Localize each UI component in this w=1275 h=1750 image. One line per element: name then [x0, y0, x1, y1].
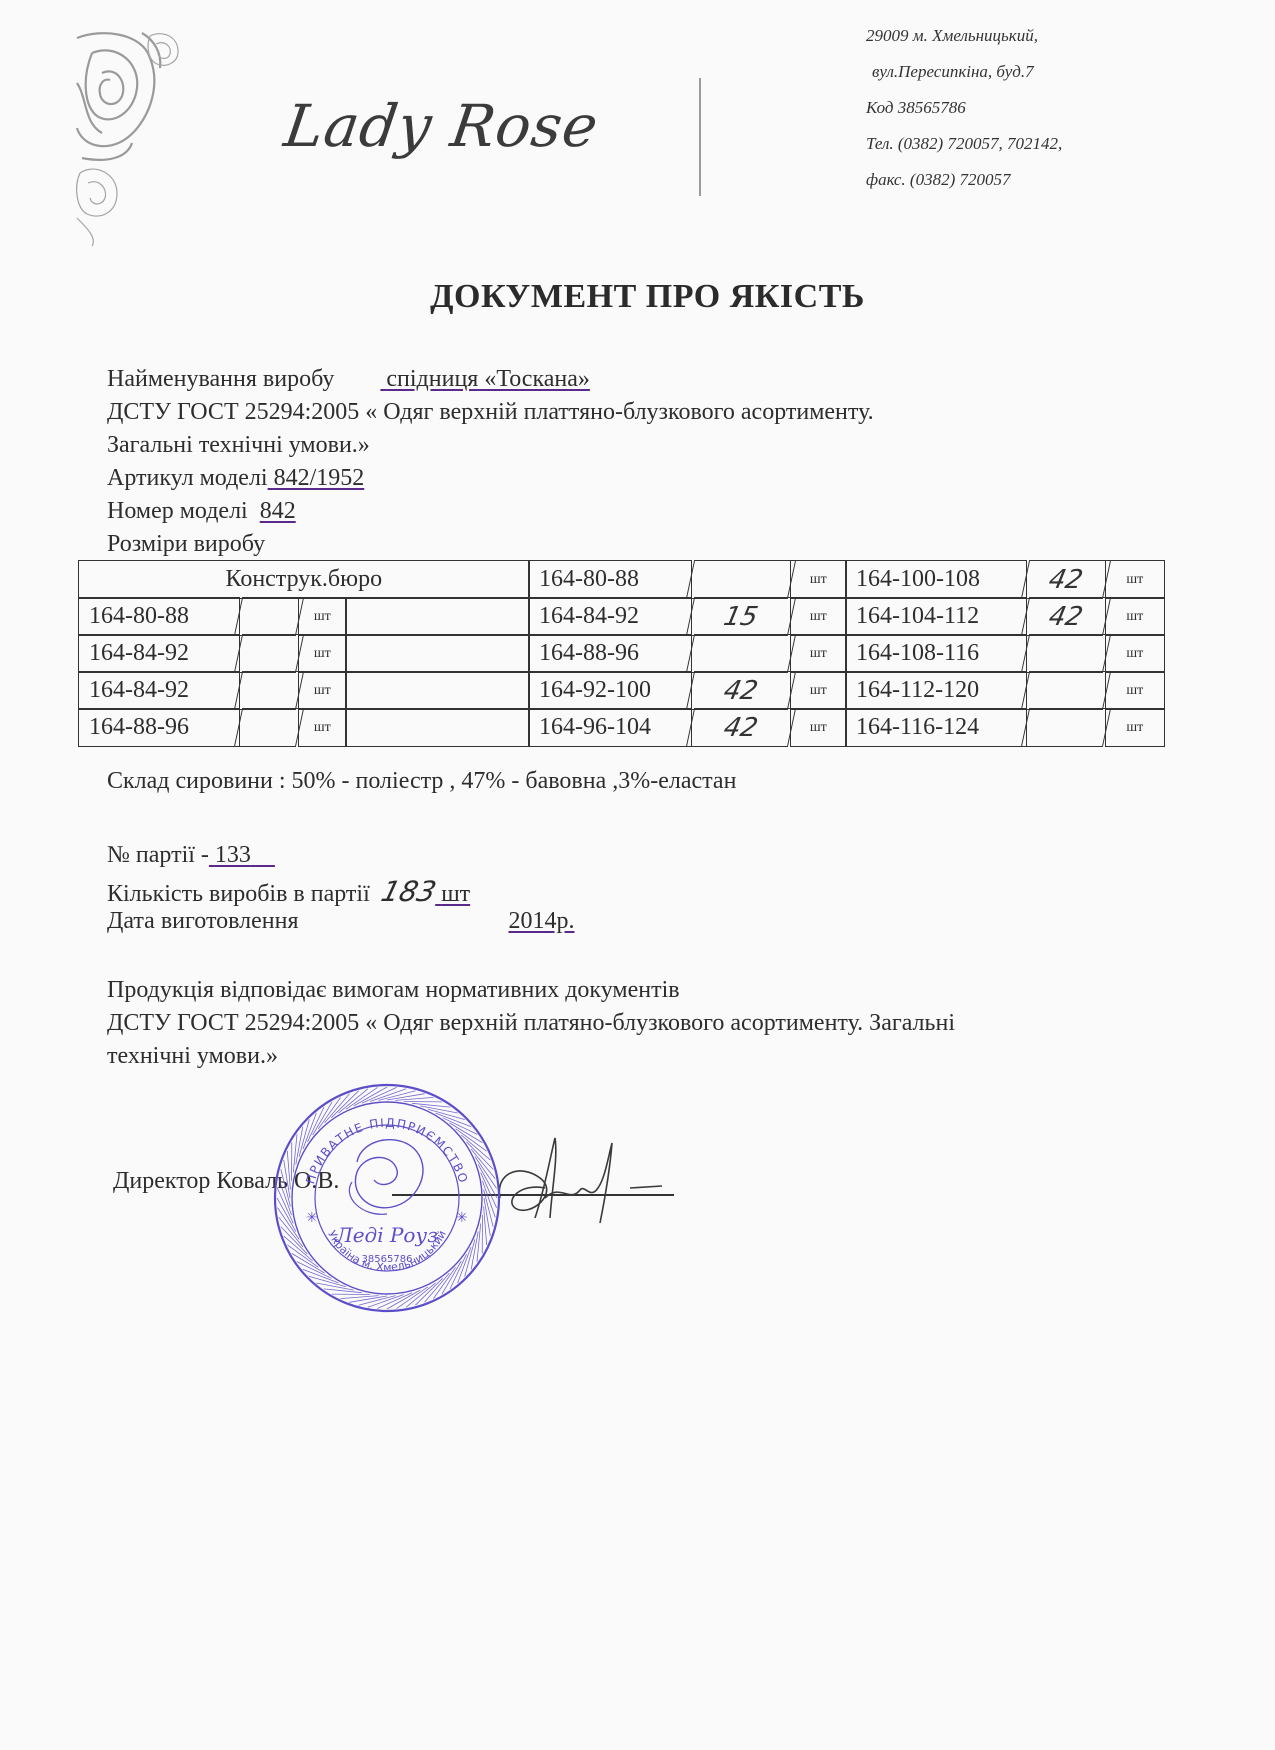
- size-table: Конструк.бюро164-80-88шт164-84-92шт164-8…: [78, 560, 1163, 745]
- unit-cell: шт: [790, 560, 847, 599]
- blank-cell: [345, 708, 530, 747]
- batch-number-label: № партії -: [107, 842, 209, 868]
- company-fax: факс. (0382) 720057: [866, 162, 1062, 198]
- quantity-cell: [1021, 671, 1111, 710]
- svg-text:ПРИВАТНЕ ПІДПРИЄМСТВО: ПРИВАТНЕ ПІДПРИЄМСТВО: [303, 1116, 470, 1186]
- company-phone: Тел. (0382) 720057, 702142,: [866, 126, 1062, 162]
- blank-cell: [345, 634, 530, 673]
- unit-cell: шт: [1105, 560, 1165, 599]
- quantity-cell: 42: [686, 671, 796, 710]
- article-row: Артикул моделі 842/1952: [107, 465, 364, 492]
- composition: Склад сировини : 50% - поліестр , 47% - …: [107, 768, 736, 795]
- page-title: ДОКУМЕНТ ПРО ЯКІСТЬ: [0, 278, 1275, 316]
- size-cell: 164-84-92: [78, 671, 240, 710]
- quantity-cell: [234, 671, 304, 710]
- address-city: 29009 м. Хмельницький,: [866, 18, 1062, 54]
- size-cell: 164-96-104: [528, 708, 692, 747]
- model-row: Номер моделі 842: [107, 498, 296, 525]
- standard-line-2: Загальні технічні умови.»: [107, 432, 370, 459]
- address-street: вул.Пересипкіна, буд.7: [866, 54, 1062, 90]
- article-label: Артикул моделі: [107, 465, 268, 491]
- size-cell: 164-88-96: [528, 634, 692, 673]
- table-header-design-bureau: Конструк.бюро: [78, 560, 530, 599]
- batch-number-value: 133: [209, 842, 275, 868]
- product-name-row: Найменування виробу спідниця «Тоскана»: [107, 366, 590, 393]
- batch-count-row: Кількість виробів в партії 183 шт: [107, 875, 470, 908]
- compliance-line-3: технічні умови.»: [107, 1043, 278, 1070]
- unit-cell: шт: [1105, 597, 1165, 636]
- unit-cell: шт: [298, 634, 347, 673]
- quantity-cell: [686, 634, 796, 673]
- quantity-cell: [1021, 634, 1111, 673]
- manufacture-date-row: Дата виготовлення2014р.: [107, 908, 574, 935]
- size-cell: 164-116-124: [845, 708, 1027, 747]
- size-cell: 164-84-92: [528, 597, 692, 636]
- batch-count-label: Кількість виробів в партії: [107, 881, 370, 907]
- article-value: 842/1952: [268, 465, 365, 491]
- quantity-cell: [234, 597, 304, 636]
- unit-cell: шт: [790, 597, 847, 636]
- product-name-label: Найменування виробу: [107, 366, 334, 392]
- model-label: Номер моделі: [107, 498, 248, 524]
- manufacture-date-label: Дата виготовлення: [107, 908, 298, 934]
- batch-count-value: 183 шт: [382, 881, 470, 907]
- size-cell: 164-80-88: [78, 597, 240, 636]
- unit-cell: шт: [298, 597, 347, 636]
- quantity-cell: [1021, 708, 1111, 747]
- company-code: Код 38565786: [866, 90, 1062, 126]
- quantity-cell: [686, 560, 796, 599]
- model-value: 842: [260, 498, 296, 524]
- quantity-cell: 42: [1021, 597, 1111, 636]
- standard-line-1: ДСТУ ГОСТ 25294:2005 « Одяг верхній плат…: [107, 399, 874, 426]
- unit-cell: шт: [1105, 634, 1165, 673]
- product-name-value: спідниця «Тоскана»: [380, 366, 590, 392]
- company-stamp-icon: ПРИВАТНЕ ПІДПРИЄМСТВО Леді Роуз 38565786…: [272, 1082, 502, 1314]
- size-cell: 164-92-100: [528, 671, 692, 710]
- sizes-label: Розміри виробу: [107, 531, 265, 558]
- quantity-cell: 42: [686, 708, 796, 747]
- size-cell: 164-88-96: [78, 708, 240, 747]
- compliance-line-2: ДСТУ ГОСТ 25294:2005 « Одяг верхній плат…: [107, 1010, 955, 1037]
- blank-cell: [345, 597, 530, 636]
- size-cell: 164-80-88: [528, 560, 692, 599]
- size-cell: 164-108-116: [845, 634, 1027, 673]
- svg-text:✳: ✳: [306, 1210, 318, 1226]
- size-cell: 164-84-92: [78, 634, 240, 673]
- rose-decoration-icon: [72, 28, 182, 248]
- signature-icon: [490, 1128, 670, 1238]
- unit-cell: шт: [790, 671, 847, 710]
- unit-cell: шт: [1105, 708, 1165, 747]
- brand-logo: Lady Rose: [280, 92, 603, 160]
- blank-cell: [345, 671, 530, 710]
- unit-cell: шт: [298, 708, 347, 747]
- size-cell: 164-100-108: [845, 560, 1027, 599]
- compliance-line-1: Продукція відповідає вимогам нормативних…: [107, 977, 680, 1004]
- size-cell: 164-112-120: [845, 671, 1027, 710]
- unit-cell: шт: [1105, 671, 1165, 710]
- quantity-cell: [234, 708, 304, 747]
- unit-cell: шт: [790, 708, 847, 747]
- svg-text:✳: ✳: [456, 1210, 468, 1226]
- quantity-cell: [234, 634, 304, 673]
- header-divider: [699, 78, 701, 196]
- manufacture-date-value: 2014р.: [348, 908, 574, 934]
- company-address: 29009 м. Хмельницький, вул.Пересипкіна, …: [866, 18, 1062, 198]
- unit-cell: шт: [298, 671, 347, 710]
- unit-cell: шт: [790, 634, 847, 673]
- svg-text:Леді Роуз: Леді Роуз: [335, 1223, 438, 1247]
- batch-number-row: № партії - 133: [107, 842, 275, 869]
- quantity-cell: 42: [1021, 560, 1111, 599]
- size-cell: 164-104-112: [845, 597, 1027, 636]
- quantity-cell: 15: [686, 597, 796, 636]
